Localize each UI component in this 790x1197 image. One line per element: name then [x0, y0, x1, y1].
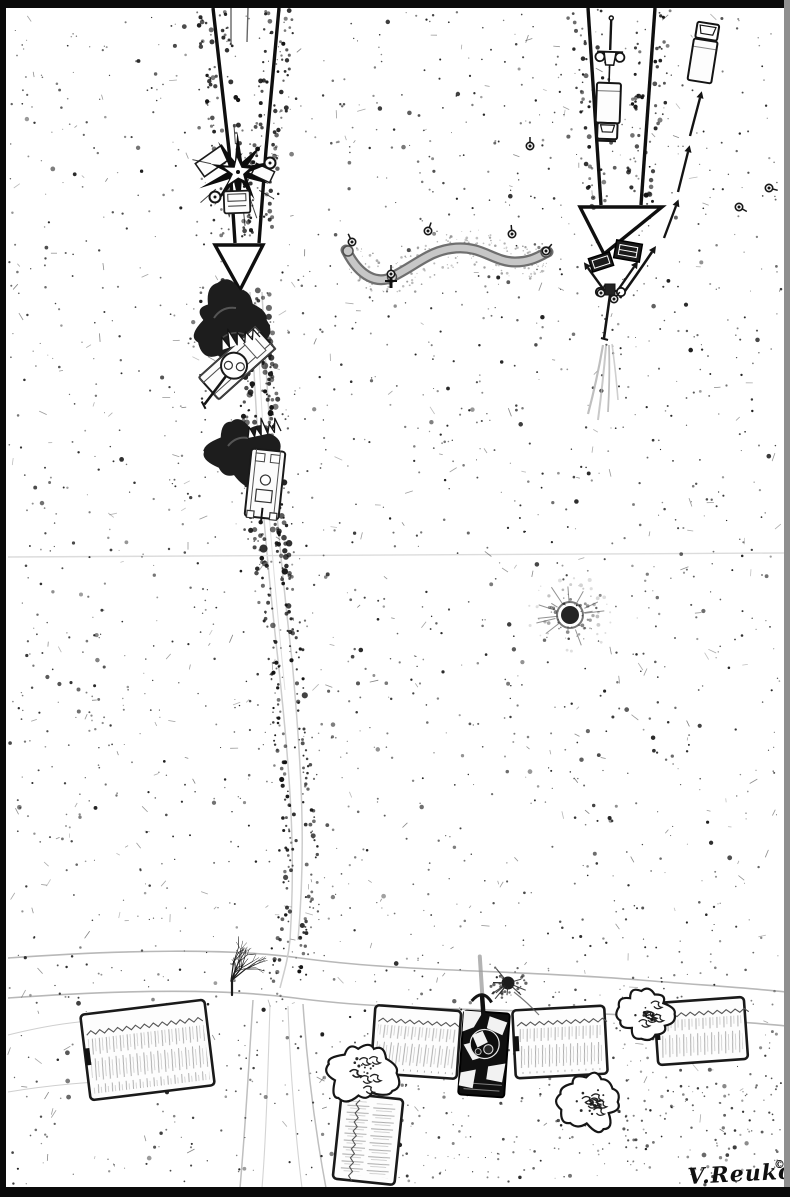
follow-on-vehicle: [224, 191, 251, 214]
frame-top: [0, 0, 790, 8]
frame-bottom: [0, 1187, 790, 1197]
burning-apc: [244, 448, 286, 525]
frame-right: [784, 0, 790, 1197]
house: [512, 1006, 609, 1079]
frame-left: [0, 0, 6, 1197]
house: [333, 1093, 404, 1185]
house-door: [514, 1036, 520, 1051]
copyright-mark: ©: [774, 1158, 785, 1171]
illustration-canvas: V.Reukov ©: [0, 0, 790, 1197]
house: [80, 1000, 215, 1101]
